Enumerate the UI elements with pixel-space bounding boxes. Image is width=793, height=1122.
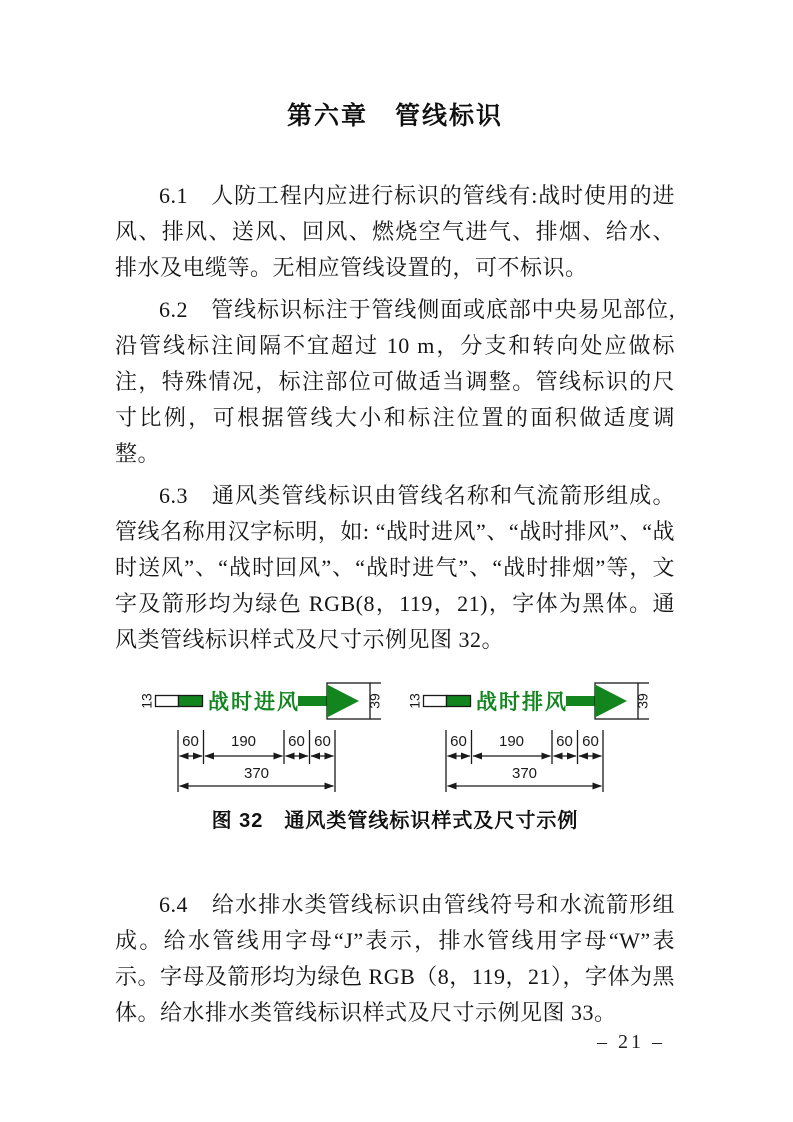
paragraph-6-3: 6.3 通风类管线标识由管线名称和气流箭形组成。管线名称用汉字标明，如: “战时… — [115, 478, 675, 658]
bar-white-half — [156, 696, 179, 707]
paragraph-6-1: 6.1 人防工程内应进行标识的管线有:战时使用的进风、排风、送风、回风、燃烧空气… — [115, 178, 675, 286]
arrow-shaft — [298, 696, 327, 706]
seg-dim-label: 60 — [182, 733, 199, 750]
arrow-height-dim-label: 39 — [635, 693, 650, 709]
paragraph-6-2: 6.2 管线标识标注于管线侧面或底部中央易见部位,沿管线标注间隔不宜超过 10 … — [115, 292, 675, 472]
arrow-shaft — [566, 696, 595, 706]
seg-dim-label: 60 — [288, 733, 305, 750]
pipeline-sign-intake-diagram: 13 战时进风 39 60 190 60 60 — [140, 674, 382, 796]
arrow-height-dim-label: 39 — [367, 693, 382, 709]
total-dim-label: 370 — [244, 765, 269, 782]
seg-dim-label: 60 — [314, 733, 331, 750]
total-dim-label: 370 — [512, 765, 537, 782]
paragraph-6-4: 6.4 给水排水类管线标识由管线符号和水流箭形组成。给水管线用字母“J”表示，排… — [115, 887, 675, 1031]
bar-white-half — [424, 696, 447, 707]
seg-dim-label: 60 — [582, 733, 599, 750]
page-number: – 21 – — [597, 1031, 665, 1054]
seg-dim-label: 190 — [499, 733, 524, 750]
seg-dim-label: 190 — [231, 733, 256, 750]
seg-dim-label: 60 — [556, 733, 573, 750]
seg-dim-label: 60 — [450, 733, 467, 750]
thickness-dim-label: 13 — [140, 693, 155, 709]
sign-label-text: 战时进风 — [208, 690, 300, 714]
pipeline-sign-exhaust-diagram: 13 战时排风 39 60 190 60 60 370 — [408, 674, 650, 796]
thickness-dim-label: 13 — [408, 693, 423, 709]
figure-32: 13 战时进风 39 60 190 60 60 — [115, 674, 675, 796]
bar-green-half — [447, 696, 471, 707]
chapter-title: 第六章 管线标识 — [115, 96, 675, 132]
bar-green-half — [179, 696, 203, 707]
document-page: 第六章 管线标识 6.1 人防工程内应进行标识的管线有:战时使用的进风、排风、送… — [0, 0, 793, 1122]
figure-caption: 图 32 通风类管线标识样式及尺寸示例 — [115, 804, 675, 833]
sign-label-text: 战时排风 — [476, 690, 568, 714]
